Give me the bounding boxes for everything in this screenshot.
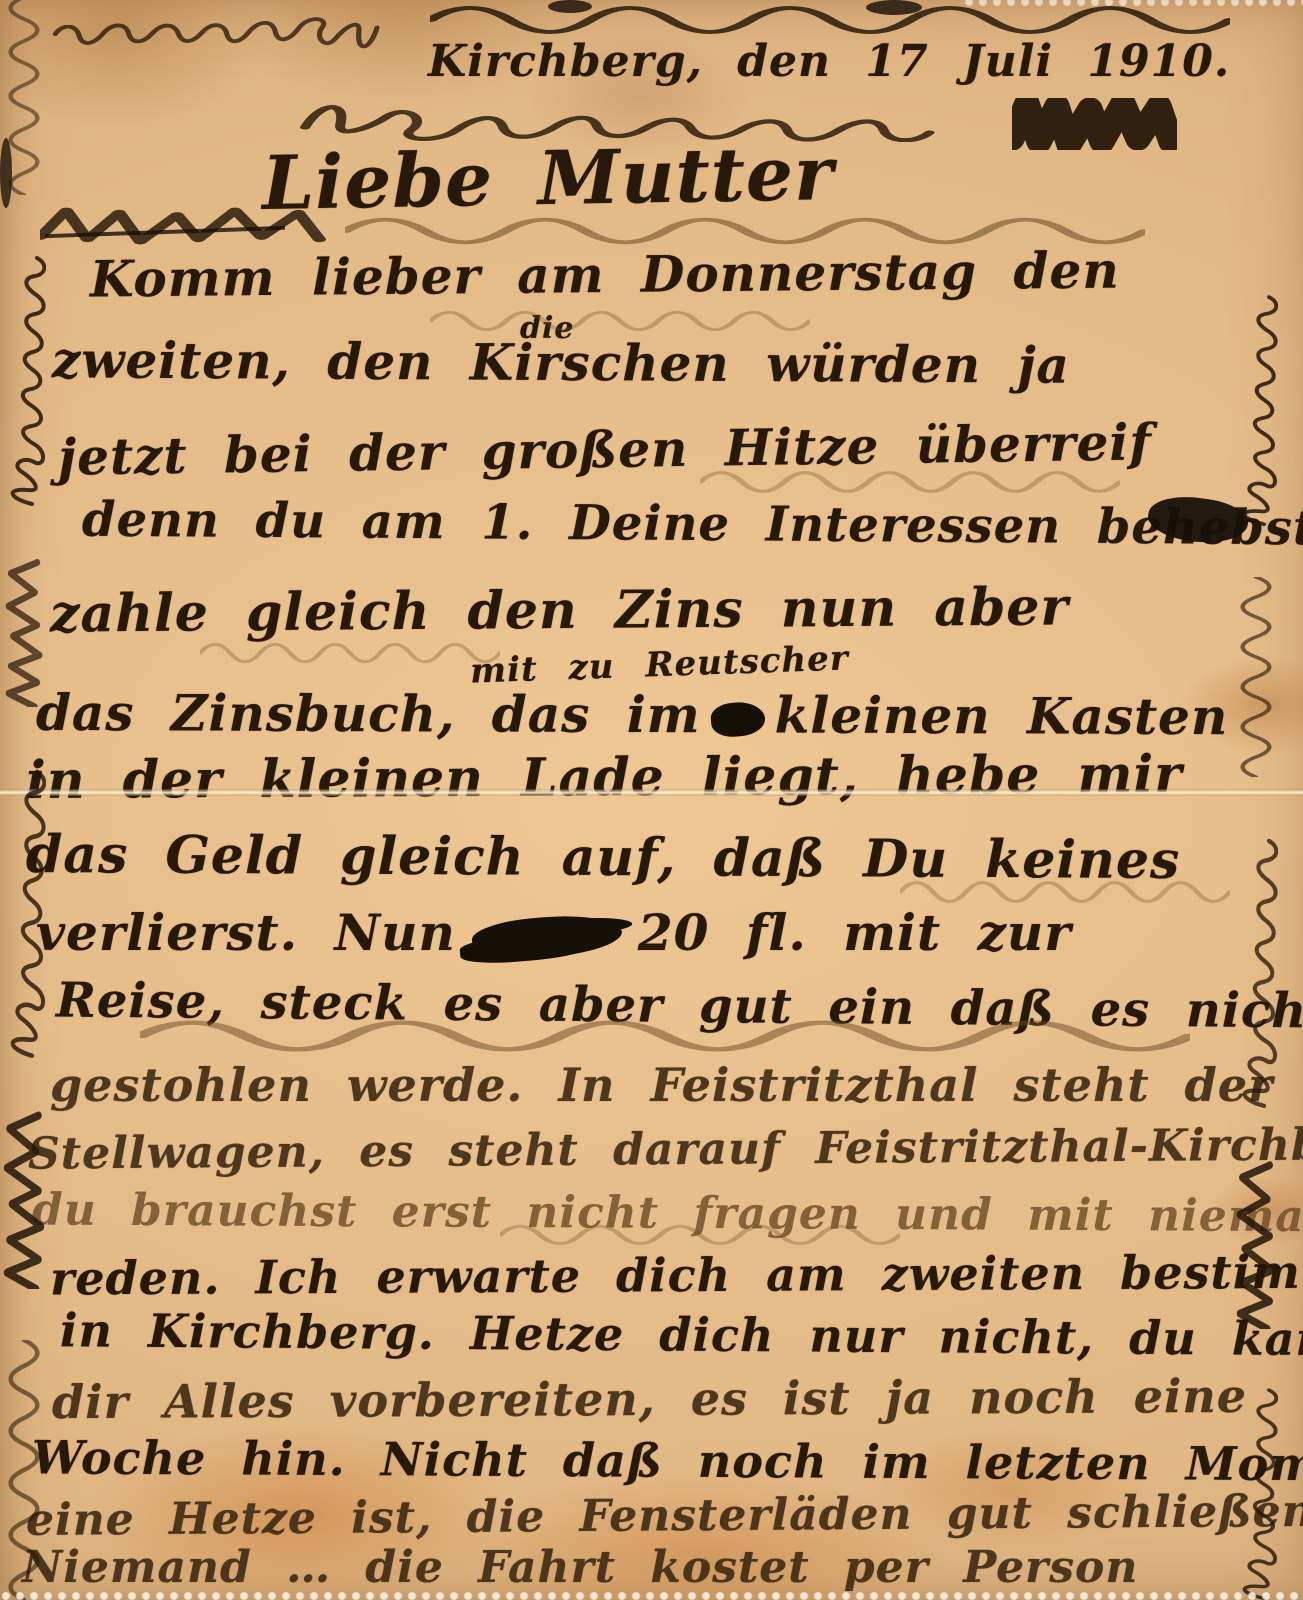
- handwriting-scribble: [1236, 577, 1276, 777]
- upside-down-handwriting: [39, 14, 380, 68]
- line-text: 20 fl. mit zur: [638, 903, 1072, 962]
- inserted-phrase: mit zu Reutscher: [470, 641, 850, 688]
- ink-bleedthrough: [900, 878, 1230, 906]
- letter-line: Woche hin. Nicht daß noch im letzten Mom…: [32, 1434, 1303, 1487]
- ink-bleedthrough: [700, 468, 1120, 496]
- ink-bleedthrough: [430, 308, 810, 334]
- ink-blot: [709, 700, 766, 738]
- letter-line: in Kirchberg. Hetze dich nur nicht, du k…: [60, 1307, 1303, 1362]
- left-margin-handwriting: [2, 40, 68, 1600]
- letter-line: Niemand … die Fahrt kostet per Person: [22, 1546, 1138, 1590]
- handwriting-scribble: [1235, 1159, 1277, 1329]
- letter-line: gestohlen werde. In Feistritzthal steht …: [50, 1062, 1273, 1108]
- letter-line: reden. Ich erwarte dich am zweiten besti…: [50, 1249, 1303, 1302]
- right-margin-handwriting: [1234, 40, 1300, 1600]
- letter-line: denn du am 1. Deine Interessen behebst: [82, 496, 1303, 553]
- fold-crease: [0, 789, 1303, 796]
- letter-line: dir Alles vorbereiten, es ist ja noch ei…: [52, 1373, 1247, 1425]
- handwriting-scribble: [1234, 1380, 1278, 1600]
- letter-line: verlierst. Nun20 fl. mit zur: [36, 908, 1072, 958]
- letter-line: Komm lieber am Donnerstag den: [90, 246, 1120, 305]
- line-text: das Zinsbuch, das im: [36, 683, 701, 744]
- dateline: Kirchberg, den 17 Juli 1910.: [428, 40, 1230, 84]
- letter-page: Kirchberg, den 17 Juli 1910. Liebe Mutte…: [0, 0, 1303, 1600]
- edge-ink-mark: [0, 138, 12, 208]
- perforated-edge-top: [963, 0, 1303, 8]
- handwriting-scribble: [1234, 828, 1278, 1108]
- salutation: Liebe Mutter: [261, 137, 834, 221]
- inked-out-word: [470, 911, 623, 964]
- ink-bleedthrough: [200, 640, 500, 666]
- letter-line: zahle gleich den Zins nun aber: [50, 581, 1069, 640]
- handwriting-scribble: [1234, 286, 1278, 526]
- handwriting-scribble: [2, 758, 46, 1058]
- edge-ink-mark: [548, 0, 592, 13]
- letter-line: in der kleinen Lade liegt, hebe mir: [26, 749, 1183, 807]
- perforated-edge-bottom: [0, 1592, 1303, 1600]
- handwriting-scribble: [4, 1340, 44, 1600]
- handwriting-scribble: [4, 557, 44, 707]
- overwritten-faded-line: [140, 1016, 1190, 1056]
- inked-out-word: [1012, 98, 1177, 150]
- letter-line: zweiten, den Kirschen würden ja: [52, 335, 1070, 390]
- letter-line: eine Hetze ist, die Fensterläden gut sch…: [26, 1489, 1303, 1543]
- line-text: kleinen Kasten: [775, 685, 1229, 746]
- letter-line: Stellwagen, es steht darauf Feistritztha…: [28, 1123, 1303, 1176]
- handwriting-scribble: [2, 246, 46, 506]
- ink-bleedthrough: [500, 1222, 900, 1248]
- line-text: verlierst. Nun: [36, 903, 456, 962]
- edge-ink-mark: [866, 0, 922, 15]
- letter-line: das Zinsbuch, das imkleinen Kasten: [36, 688, 1228, 742]
- handwriting-scribble: [2, 1109, 46, 1289]
